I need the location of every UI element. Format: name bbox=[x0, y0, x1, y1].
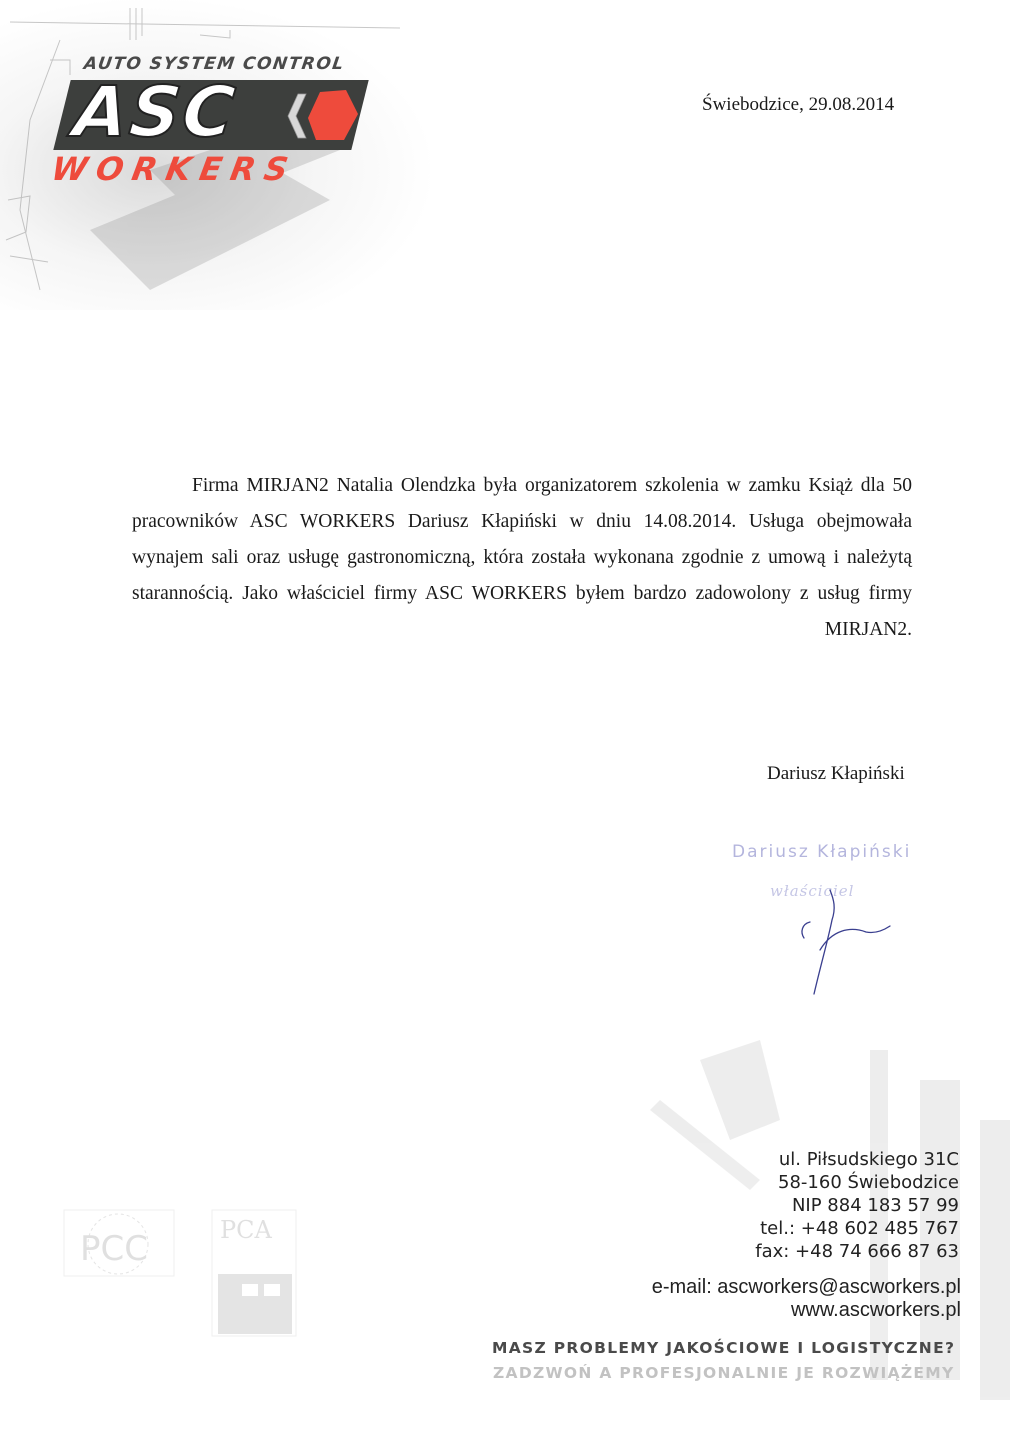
stamp-name: Dariusz Kłapiński bbox=[732, 842, 911, 862]
contact-block: ul. Piłsudskiego 31C 58-160 Świebodzice … bbox=[755, 1148, 959, 1263]
body-paragraph: Firma MIRJAN2 Natalia Olendzka była orga… bbox=[132, 468, 912, 648]
certification-logos: PCC PCA bbox=[62, 1208, 302, 1338]
address-street: ul. Piłsudskiego 31C bbox=[755, 1148, 959, 1171]
slogan-answer: ZADZWOŃ A PROFESJONALNIE JE ROZWIĄŻEMY bbox=[493, 1364, 955, 1382]
slogan-question: MASZ PROBLEMY JAKOŚCIOWE I LOGISTYCZNE? bbox=[492, 1339, 955, 1357]
pca-cert-logo: PCA bbox=[212, 1210, 296, 1336]
svg-text:PCC: PCC bbox=[80, 1229, 148, 1269]
tax-id: NIP 884 183 57 99 bbox=[755, 1194, 959, 1217]
svg-text:PCA: PCA bbox=[220, 1216, 273, 1244]
pcc-cert-logo: PCC bbox=[64, 1210, 174, 1276]
website-link[interactable]: www.ascworkers.pl bbox=[652, 1299, 961, 1322]
letter-body: Firma MIRJAN2 Natalia Olendzka była orga… bbox=[132, 468, 912, 648]
logo-hexagon-icon bbox=[280, 86, 362, 146]
logo-brand: ASC bbox=[70, 72, 240, 152]
email-link[interactable]: e-mail: ascworkers@ascworkers.pl bbox=[652, 1276, 961, 1299]
handwritten-signature-icon bbox=[780, 880, 900, 1000]
web-contact: e-mail: ascworkers@ascworkers.pl www.asc… bbox=[652, 1276, 961, 1322]
logo-sub-brand: WORKERS bbox=[49, 150, 300, 188]
signer-name: Dariusz Kłapiński bbox=[767, 763, 905, 785]
phone: tel.: +48 602 485 767 bbox=[755, 1217, 959, 1240]
fax: fax: +48 74 666 87 63 bbox=[755, 1240, 959, 1263]
address-city: 58-160 Świebodzice bbox=[755, 1171, 959, 1194]
date-line: Świebodzice, 29.08.2014 bbox=[702, 94, 894, 116]
